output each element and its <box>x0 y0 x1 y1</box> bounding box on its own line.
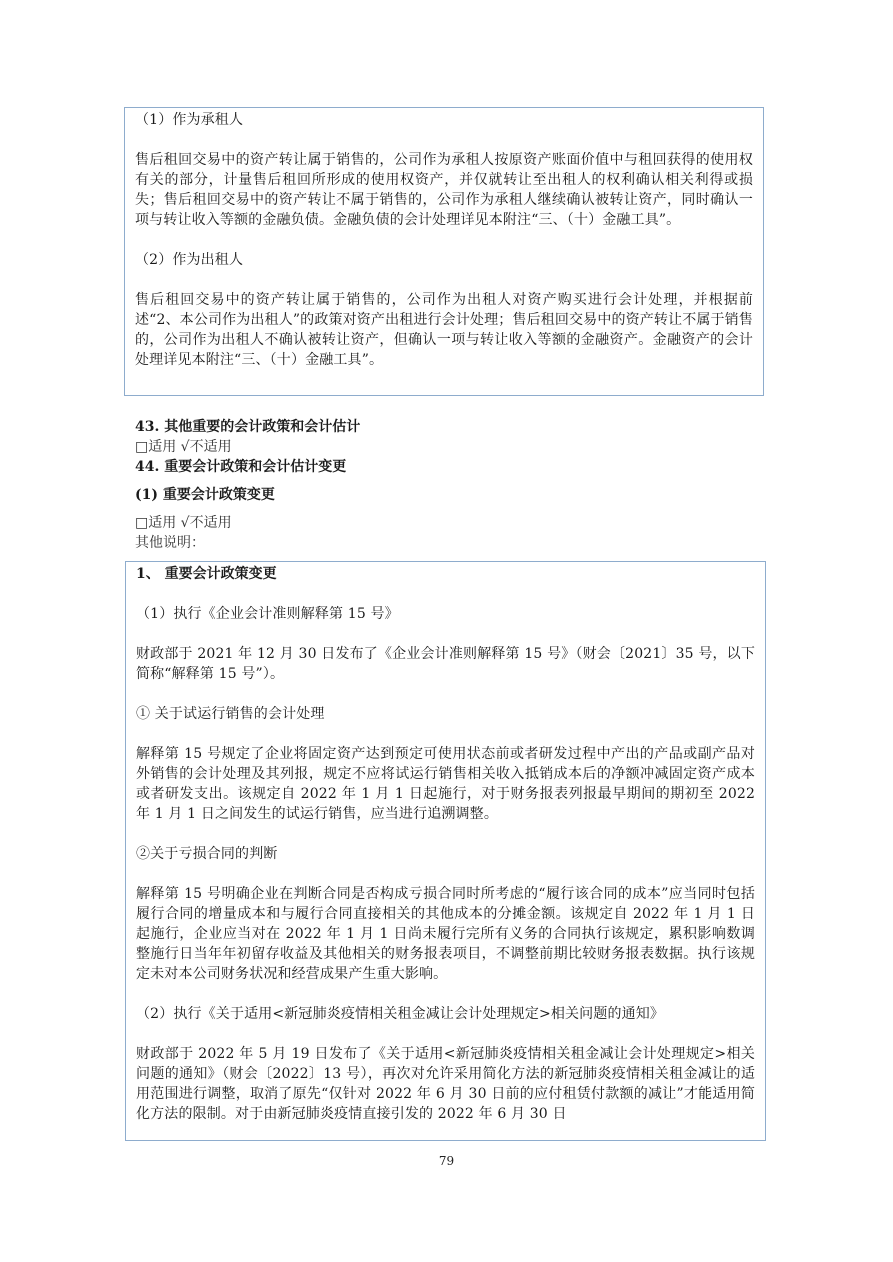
sale-leaseback-box: （1）作为承租人 售后租回交易中的资产转让属于销售的，公司作为承租人按原资产账面… <box>124 107 764 396</box>
page-number: 79 <box>0 1154 893 1168</box>
section-44: 44. 重要会计政策和会计估计变更 (1) 重要会计政策变更 □适用 √不适用 … <box>135 457 765 553</box>
lessee-paragraph: 售后租回交易中的资产转让属于销售的，公司作为承租人按原资产账面价值中与租回获得的… <box>135 150 753 230</box>
point2-paragraph: 解释第 15 号明确企业在判断合同是否构成亏损合同时所考虑的“履行该合同的成本”… <box>136 884 755 984</box>
point1-paragraph: 解释第 15 号规定了企业将固定资产达到预定可使用状态前或者研发过程中产出的产品… <box>136 744 755 824</box>
item1-heading: （1）执行《企业会计准则解释第 15 号》 <box>136 604 755 624</box>
lessor-heading: （2）作为出租人 <box>135 250 753 270</box>
lessee-heading: （1）作为承租人 <box>135 110 753 130</box>
section-43: 43. 其他重要的会计政策和会计估计 □适用 √不适用 <box>135 417 765 457</box>
section-44-title: 44. 重要会计政策和会计估计变更 <box>135 457 765 477</box>
lessor-paragraph: 售后租回交易中的资产转让属于销售的，公司作为出租人对资产购买进行会计处理，并根据… <box>135 290 753 370</box>
section-43-applicability: □适用 √不适用 <box>135 437 765 457</box>
policy-change-heading: 1、 重要会计政策变更 <box>136 564 755 584</box>
item2-paragraph: 财政部于 2022 年 5 月 19 日发布了《关于适用<新冠肺炎疫情相关租金减… <box>136 1044 755 1124</box>
item1-paragraph: 财政部于 2021 年 12 月 30 日发布了《企业会计准则解释第 15 号》… <box>136 644 755 684</box>
section-43-title: 43. 其他重要的会计政策和会计估计 <box>135 417 765 437</box>
section-44-sub1-title: (1) 重要会计政策变更 <box>135 485 765 505</box>
policy-change-box: 1、 重要会计政策变更 （1）执行《企业会计准则解释第 15 号》 财政部于 2… <box>125 561 766 1141</box>
point2-heading: ②关于亏损合同的判断 <box>136 844 755 864</box>
item2-heading: （2）执行《关于适用<新冠肺炎疫情相关租金减让会计处理规定>相关问题的通知》 <box>136 1004 755 1024</box>
point1-heading: ① 关于试运行销售的会计处理 <box>136 704 755 724</box>
other-note-label: 其他说明： <box>135 533 765 553</box>
section-44-applicability: □适用 √不适用 <box>135 513 765 533</box>
